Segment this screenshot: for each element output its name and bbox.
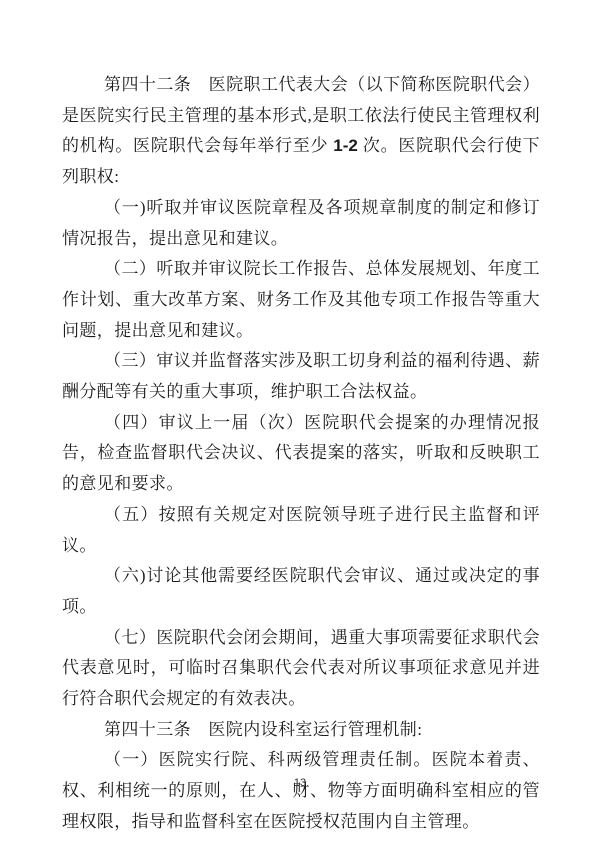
paragraph-article-42-item-2: （二）听取并审议院长工作报告、总体发展规划、年度工作计划、重大改革方案、财务工作…	[62, 254, 540, 346]
paragraph-article-42: 第四十二条 医院职工代表大会（以下简称医院职代会）是医院实行民主管理的基本形式,…	[62, 70, 540, 193]
text-run: （一)听取并审议医院章程及各项规章制度的制定和修订情况报告，提出意见和建议。	[62, 198, 540, 248]
text-run: （一）医院实行院、科两级管理责任制。医院本着责、权、利相统一的原则，在人、财、物…	[62, 750, 540, 830]
text-run: （七）医院职代会闭会期间，遇重大事项需要征求职代会代表意见时，可临时召集职代会代…	[62, 628, 540, 708]
paragraph-article-43-item-1: （一）医院实行院、科两级管理责任制。医院本着责、权、利相统一的原则，在人、财、物…	[62, 745, 540, 837]
text-run: （六)讨论其他需要经医院职代会审议、通过或决定的事项。	[62, 566, 540, 616]
text-run: （二）听取并审议院长工作报告、总体发展规划、年度工作计划、重大改革方案、财务工作…	[62, 259, 540, 339]
text-run: （三）审议并监督落实涉及职工切身利益的福利待遇、薪酬分配等有关的重大事项，维护职…	[62, 351, 540, 401]
paragraph-article-42-item-6: （六)讨论其他需要经医院职代会审议、通过或决定的事项。	[62, 561, 540, 622]
bold-number-run: 1-2	[333, 136, 358, 155]
paragraph-article-43: 第四十三条 医院内设科室运行管理机制:	[62, 715, 540, 746]
paragraph-article-42-item-3: （三）审议并监督落实涉及职工切身利益的福利待遇、薪酬分配等有关的重大事项，维护职…	[62, 346, 540, 407]
document-page: 第四十二条 医院职工代表大会（以下简称医院职代会）是医院实行民主管理的基本形式,…	[0, 0, 600, 849]
text-run: （五）按照有关规定对医院领导班子进行民主监督和评议。	[62, 505, 540, 555]
paragraph-article-42-item-4: （四）审议上一届（次）医院职代会提案的办理情况报告，检查监督职代会决议、代表提案…	[62, 408, 540, 500]
text-run: （四）审议上一届（次）医院职代会提案的办理情况报告，检查监督职代会决议、代表提案…	[62, 413, 540, 493]
paragraph-article-42-item-7: （七）医院职代会闭会期间，遇重大事项需要征求职代会代表意见时，可临时召集职代会代…	[62, 623, 540, 715]
page-number: 13	[0, 777, 600, 789]
text-run: 第四十三条 医院内设科室运行管理机制:	[104, 720, 422, 739]
paragraph-article-42-item-5: （五）按照有关规定对医院领导班子进行民主监督和评议。	[62, 500, 540, 561]
paragraph-article-42-item-1: （一)听取并审议医院章程及各项规章制度的制定和修订情况报告，提出意见和建议。	[62, 193, 540, 254]
document-body: 第四十二条 医院职工代表大会（以下简称医院职代会）是医院实行民主管理的基本形式,…	[62, 70, 540, 838]
